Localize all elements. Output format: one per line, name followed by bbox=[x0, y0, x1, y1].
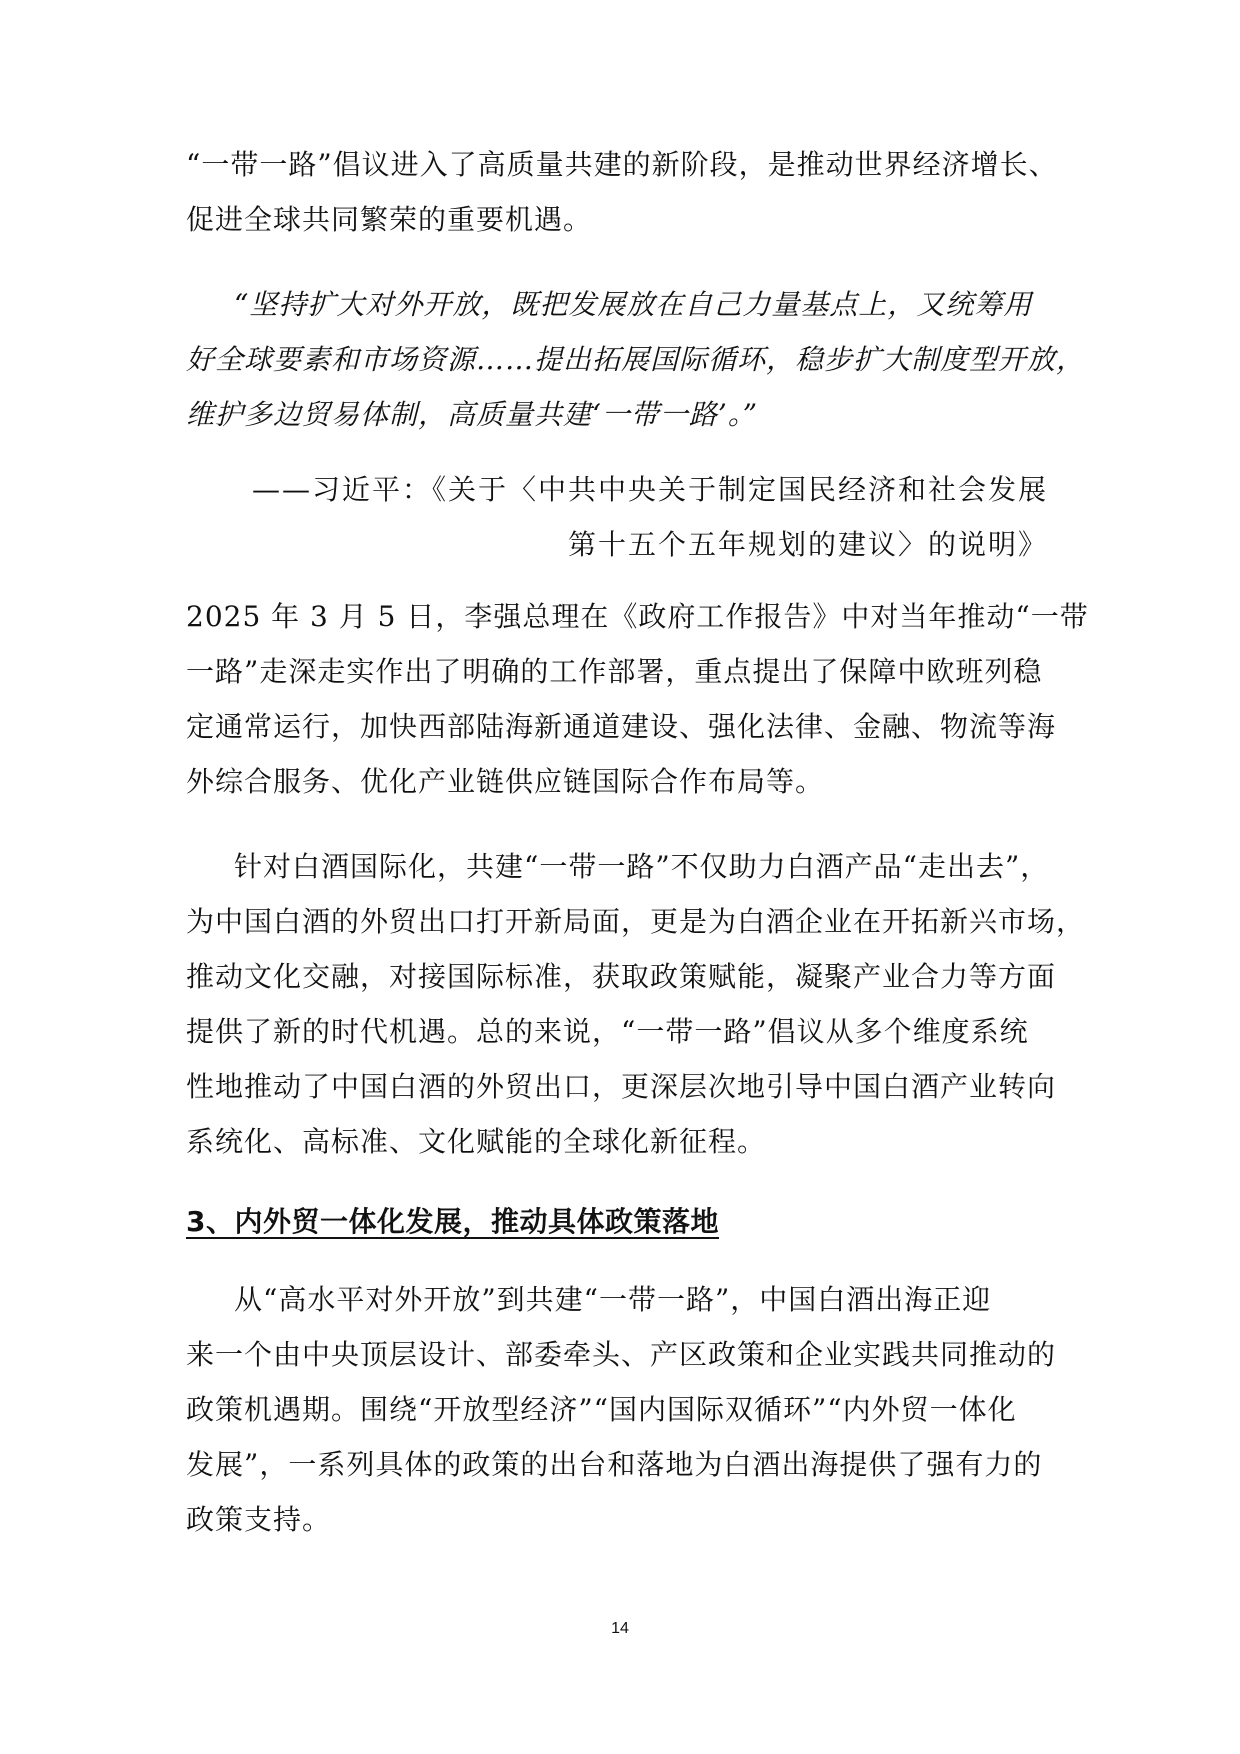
text-line: 性地推动了中国白酒的外贸出口，更深层次地引导中国白酒产业转向 bbox=[186, 1067, 1066, 1107]
quote-attribution: 第十五个五年规划的建议〉的说明》 bbox=[186, 525, 1048, 565]
text-line: 促进全球共同繁荣的重要机遇。 bbox=[186, 200, 1066, 240]
section-heading: 3、内外贸一体化发展，推动具体政策落地 bbox=[186, 1202, 1066, 1242]
text-line: 针对白酒国际化，共建“一带一路”不仅助力白酒产品“走出去”， bbox=[234, 847, 1114, 887]
text-line: 系统化、高标准、文化赋能的全球化新征程。 bbox=[186, 1122, 1066, 1162]
text-line: 2025 年 3 月 5 日，李强总理在《政府工作报告》中对当年推动“一带 bbox=[186, 597, 1066, 637]
document-page: “一带一路”倡议进入了高质量共建的新阶段，是推动世界经济增长、 促进全球共同繁荣… bbox=[0, 0, 1240, 1754]
text-line: 来一个由中央顶层设计、部委牵头、产区政策和企业实践共同推动的 bbox=[186, 1335, 1066, 1375]
text-line: 定通常运行，加快西部陆海新通道建设、强化法律、金融、物流等海 bbox=[186, 707, 1066, 747]
quote-line: 维护多边贸易体制，高质量共建‘一带一路’。” bbox=[186, 395, 1066, 435]
text-line: 发展”，一系列具体的政策的出台和落地为白酒出海提供了强有力的 bbox=[186, 1445, 1066, 1485]
text-line: 政策机遇期。围绕“开放型经济”“国内国际双循环”“内外贸一体化 bbox=[186, 1390, 1066, 1430]
page-number: 14 bbox=[0, 1620, 1240, 1638]
text-line: 提供了新的时代机遇。总的来说，“一带一路”倡议从多个维度系统 bbox=[186, 1012, 1066, 1052]
text-line: 从“高水平对外开放”到共建“一带一路”，中国白酒出海正迎 bbox=[234, 1280, 1114, 1320]
quote-line: 好全球要素和市场资源……提出拓展国际循环，稳步扩大制度型开放， bbox=[186, 340, 1066, 380]
text-line: 政策支持。 bbox=[186, 1500, 1066, 1540]
text-line: 推动文化交融，对接国际标准，获取政策赋能，凝聚产业合力等方面 bbox=[186, 957, 1066, 997]
quote-attribution: ——习近平：《关于〈中共中央关于制定国民经济和社会发展 bbox=[186, 470, 1048, 510]
quote-line: “坚持扩大对外开放，既把发展放在自己力量基点上，又统筹用 bbox=[234, 285, 1114, 325]
text-line: “一带一路”倡议进入了高质量共建的新阶段，是推动世界经济增长、 bbox=[186, 145, 1066, 185]
text-line: 为中国白酒的外贸出口打开新局面，更是为白酒企业在开拓新兴市场， bbox=[186, 902, 1066, 942]
text-line: 外综合服务、优化产业链供应链国际合作布局等。 bbox=[186, 762, 1066, 802]
text-line: 一路”走深走实作出了明确的工作部署，重点提出了保障中欧班列稳 bbox=[186, 652, 1066, 692]
